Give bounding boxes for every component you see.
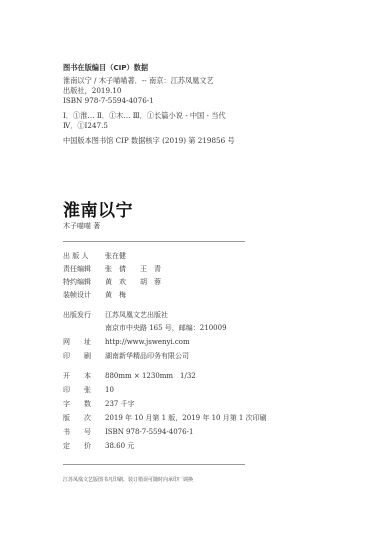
pub-value: 880mm × 1230mm 1/32 (105, 371, 196, 381)
cip-line-6: Ⅳ．①I247.5 (63, 121, 108, 131)
pub-value: ISBN 978-7-5594-4076-1 (105, 428, 193, 436)
cip-verification: 中国版本图书馆 CIP 数据核字 (2019) 第 219856 号 (63, 136, 235, 146)
pub-label: 版 次 (63, 413, 105, 423)
credit-value: 黄 梅 (105, 290, 126, 300)
credit-label: 责任编辑 (63, 264, 105, 274)
pub-value: 湖南新华精品印务有限公司 (105, 351, 189, 361)
pub-value: 江苏凤凰文艺出版社 (105, 310, 168, 320)
pub-row: 书 号ISBN 978-7-5594-4076-1 (63, 427, 193, 437)
pub-value: 237 千字 (105, 399, 135, 409)
pub-label: 网 址 (63, 337, 105, 347)
footer-notice: 江苏凤凰文艺版图书凡印刷、装订错误可随时向承印厂调换 (63, 476, 193, 483)
pub-label: 开 本 (63, 371, 105, 381)
pub-row: 定 价38.60 元 (63, 441, 134, 451)
divider-top (63, 241, 245, 242)
pub-value: http://www.jswenyi.com (105, 338, 190, 346)
cip-line-5: Ⅰ．①淮… Ⅱ．①木… Ⅲ．①长篇小说 - 中国 - 当代 (63, 111, 226, 121)
credit-row: 装帧设计黄 梅 (63, 290, 126, 300)
pub-row: 网 址http://www.jswenyi.com (63, 337, 190, 347)
book-author: 木子喵喵 著 (63, 221, 100, 231)
credit-value: 张在健 (105, 251, 126, 261)
pub-value: 2019 年 10 月第 1 版，2019 年 10 月第 1 次印刷 (105, 413, 267, 423)
credit-label: 装帧设计 (63, 290, 105, 300)
credit-value: 黄 欢 胡 蓉 (105, 277, 161, 287)
book-title: 淮南以宁 (63, 196, 133, 221)
pub-label: 书 号 (63, 427, 105, 437)
pub-value: 南京市中央路 165 号，邮编：210009 (105, 323, 227, 333)
pub-label: 印 刷 (63, 351, 105, 361)
pub-value: 38.60 元 (105, 441, 134, 451)
credit-label: 出 版 人 (63, 251, 105, 261)
credit-row: 出 版 人张在健 (63, 251, 126, 261)
credit-value: 张 倩 王 青 (105, 264, 161, 274)
pub-row: 印 刷湖南新华精品印务有限公司 (63, 351, 189, 361)
credit-row: 特约编辑黄 欢 胡 蓉 (63, 277, 161, 287)
pub-row: 印 张10 (63, 385, 114, 395)
pub-value: 10 (105, 386, 114, 394)
cip-heading: 图书在版编目（CIP）数据 (63, 63, 148, 73)
pub-row: 字 数237 千字 (63, 399, 135, 409)
pub-row: 版 次2019 年 10 月第 1 版，2019 年 10 月第 1 次印刷 (63, 413, 267, 423)
pub-row: 出版发行江苏凤凰文艺出版社 (63, 310, 168, 320)
credit-row: 责任编辑张 倩 王 青 (63, 264, 161, 274)
pub-label: 出版发行 (63, 310, 105, 320)
pub-label: 印 张 (63, 385, 105, 395)
cip-line-3: ISBN 978-7-5594-4076-1 (63, 96, 154, 106)
pub-label: 定 价 (63, 441, 105, 451)
credit-label: 特约编辑 (63, 277, 105, 287)
pub-label: 字 数 (63, 399, 105, 409)
pub-row: 南京市中央路 165 号，邮编：210009 (63, 323, 227, 333)
pub-row: 开 本880mm × 1230mm 1/32 (63, 371, 196, 381)
divider-bottom (63, 464, 245, 465)
cip-line-2: 出版社，2019.10 (63, 86, 121, 96)
cip-line-1: 淮南以宁 / 木子喵喵著．-- 南京：江苏凤凰文艺 (63, 76, 214, 86)
